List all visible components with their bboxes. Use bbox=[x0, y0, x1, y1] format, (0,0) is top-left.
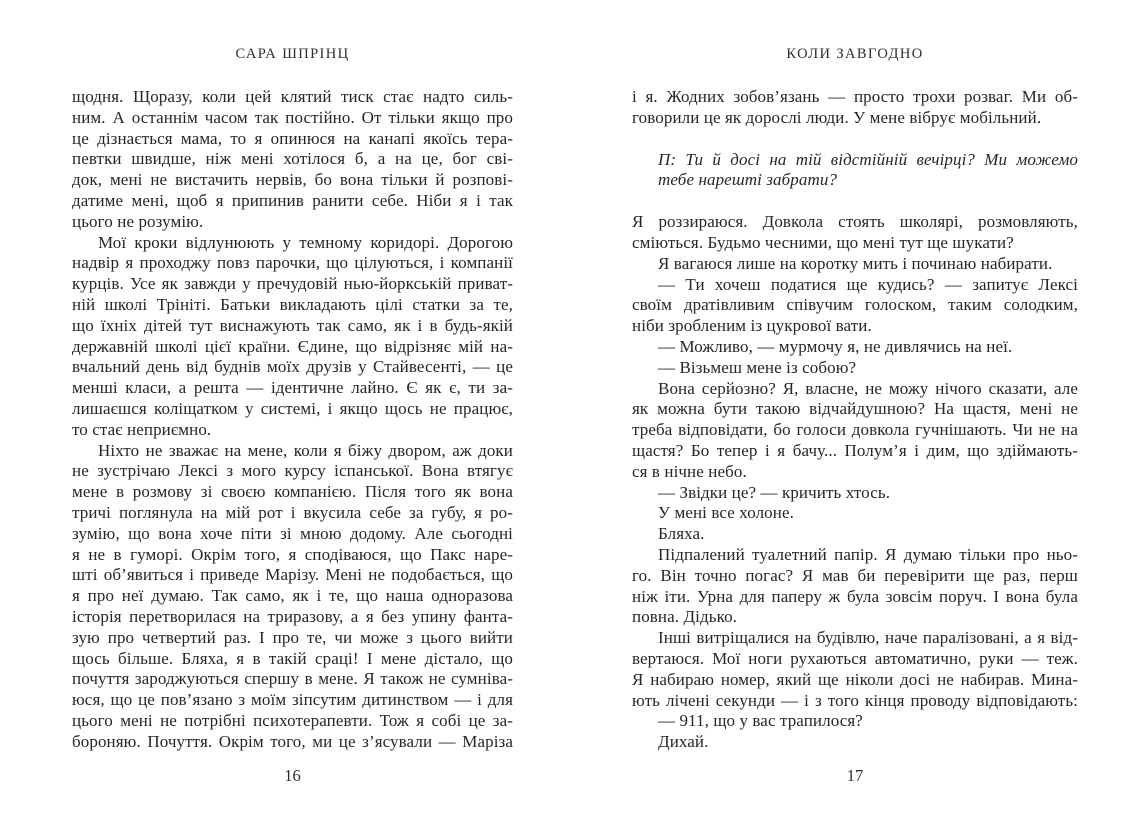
text-line: Я роззираюся. Довкола стоять школярі, ро… bbox=[632, 212, 1078, 233]
text-line: менші класи, а решта — ідентичне лайно. … bbox=[72, 378, 513, 399]
text-line: бороняю. Почуття. Окрім того, ми це з’яс… bbox=[72, 732, 513, 753]
text-line: своїм дратівливим співучим голоском, так… bbox=[632, 295, 1078, 316]
text-line: тричі поглянула на мій рот і вкусила себ… bbox=[72, 503, 513, 524]
text-line: док, мені не вистачить нервів, бо вона т… bbox=[72, 170, 513, 191]
text-line: — Звідки це? — кричить хтось. bbox=[632, 483, 1078, 504]
text-line: ся в нічне небо. bbox=[632, 462, 1078, 483]
text-line: лишаєшся коліщатком у системі, і якщо що… bbox=[72, 399, 513, 420]
text-line: надвір я проходжу повз парочки, що цілую… bbox=[72, 253, 513, 274]
text-line: Дихай. bbox=[632, 732, 1078, 753]
text-line: Мої кроки відлунюють у темному коридорі.… bbox=[72, 233, 513, 254]
text-line: вертаюся. Мої ноги рухаються автоматично… bbox=[632, 649, 1078, 670]
text-line: мене в розмову зі своєю компанією. Після… bbox=[72, 482, 513, 503]
text-line: Вона серйозно? Я, власне, не можу нічого… bbox=[632, 379, 1078, 400]
text-line: ють лічені секунди — і з того кінця пров… bbox=[632, 691, 1078, 712]
text-line: вчальний день від буднів моїх друзів у С… bbox=[72, 357, 513, 378]
text-line: юся, що це пов’язано з моїм зіпсутим дит… bbox=[72, 690, 513, 711]
text-line: щось більше. Бляха, я в такій сраці! І м… bbox=[72, 649, 513, 670]
text-line: повна. Дідько. bbox=[632, 607, 1078, 628]
text-line: певтки швидше, ніж мені хотілося б, а на… bbox=[72, 149, 513, 170]
text-line: ній школі Трініті. Батьки викладають ціл… bbox=[72, 295, 513, 316]
text-line: зую про четвертий раз. І про те, чи може… bbox=[72, 628, 513, 649]
text-line: і я. Жодних зобов’язань — просто трохи р… bbox=[632, 87, 1078, 108]
text-line: Я набираю номер, який ще ніколи досі не … bbox=[632, 670, 1078, 691]
text-line: П: Ти й досі на тій відстійній вечірці? … bbox=[658, 150, 1078, 171]
page-number-left: 16 bbox=[72, 766, 513, 786]
text-line: не зустрічаю Лексі з мого курсу іспанськ… bbox=[72, 461, 513, 482]
text-line: датиме мені, щоб я припинив ранити себе.… bbox=[72, 191, 513, 212]
text-line: щастя? Бо тепер і я бачу... Полум’я і ди… bbox=[632, 441, 1078, 462]
text-line: ніж іти. Урна для паперу ж була зовсім п… bbox=[632, 587, 1078, 608]
text-line: У мені все холоне. bbox=[632, 503, 1078, 524]
text-line: я не в гуморі. Окрім того, я сподіваюся,… bbox=[72, 545, 513, 566]
text-line: го. Він точно погас? Я мав би перевірити… bbox=[632, 566, 1078, 587]
text-line: я про неї думаю. Так само, як і те, що н… bbox=[72, 586, 513, 607]
text-column-left: щодня. Щоразу, коли цей клятий тиск стає… bbox=[72, 87, 513, 753]
book-spread: САРА ШПРІНЦ щодня. Щоразу, коли цей клят… bbox=[0, 0, 1142, 827]
running-head-right: КОЛИ ЗАВГОДНО bbox=[632, 46, 1078, 63]
text-line: Ніхто не зважає на мене, коли я біжу дво… bbox=[72, 441, 513, 462]
text-column-right: і я. Жодних зобов’язань — просто трохи р… bbox=[632, 87, 1078, 753]
page-right: КОЛИ ЗАВГОДНО і я. Жодних зобов’язань — … bbox=[632, 0, 1078, 827]
text-line: Бляха. bbox=[632, 524, 1078, 545]
running-head-left: САРА ШПРІНЦ bbox=[72, 46, 513, 63]
text-line: Інші витріщалися на будівлю, наче паралі… bbox=[632, 628, 1078, 649]
text-line: цього мені не потрібні психотерапевти. Т… bbox=[72, 711, 513, 732]
text-line: державній школі цієї країни. Єдине, що в… bbox=[72, 337, 513, 358]
text-line: Я вагаюся лише на коротку мить і починаю… bbox=[632, 254, 1078, 275]
text-line: — Можливо, — мурмочу я, не дивлячись на … bbox=[632, 337, 1078, 358]
text-line: Підпалений туалетний папір. Я думаю тіль… bbox=[632, 545, 1078, 566]
text-line: сміються. Будьмо чесними, що мені тут ще… bbox=[632, 233, 1078, 254]
page-number-right: 17 bbox=[632, 766, 1078, 786]
text-line: — 911, що у вас трапилося? bbox=[632, 711, 1078, 732]
text-line: курців. Усе як завжди у пречудовій нью-й… bbox=[72, 274, 513, 295]
text-line: говорили це як дорослі люди. У мене вібр… bbox=[632, 108, 1078, 129]
text-line: — Ти хочеш податися ще кудись? — запитує… bbox=[632, 275, 1078, 296]
text-line: що їхніх дітей тут виснажують так само, … bbox=[72, 316, 513, 337]
text-line: щодня. Щоразу, коли цей клятий тиск стає… bbox=[72, 87, 513, 108]
text-line: — Візьмеш мене із собою? bbox=[632, 358, 1078, 379]
text-line: треба відповідати, бо голоси довкола гуч… bbox=[632, 420, 1078, 441]
text-line: почуття зароджуються спершу в мене. Я та… bbox=[72, 669, 513, 690]
text-line: тебе нарешті забрати? bbox=[658, 170, 1078, 191]
text-line: зумію, що вона хоче піти зі мною додому.… bbox=[72, 524, 513, 545]
text-line: історія перетворилася на триразову, а я … bbox=[72, 607, 513, 628]
text-line: цього не розумію. bbox=[72, 212, 513, 233]
text-line: шті об’явиться і приведе Марізу. Мені не… bbox=[72, 565, 513, 586]
text-line: ніби зробленим із цукрової вати. bbox=[632, 316, 1078, 337]
text-line: ним. А останнім часом так постійно. От т… bbox=[72, 108, 513, 129]
page-left: САРА ШПРІНЦ щодня. Щоразу, коли цей клят… bbox=[72, 0, 513, 827]
text-line: це дізнається мама, то я опинюся на кана… bbox=[72, 129, 513, 150]
text-line: як можна бути такою відчайдушною? На щас… bbox=[632, 399, 1078, 420]
text-line: то стає неприємно. bbox=[72, 420, 513, 441]
